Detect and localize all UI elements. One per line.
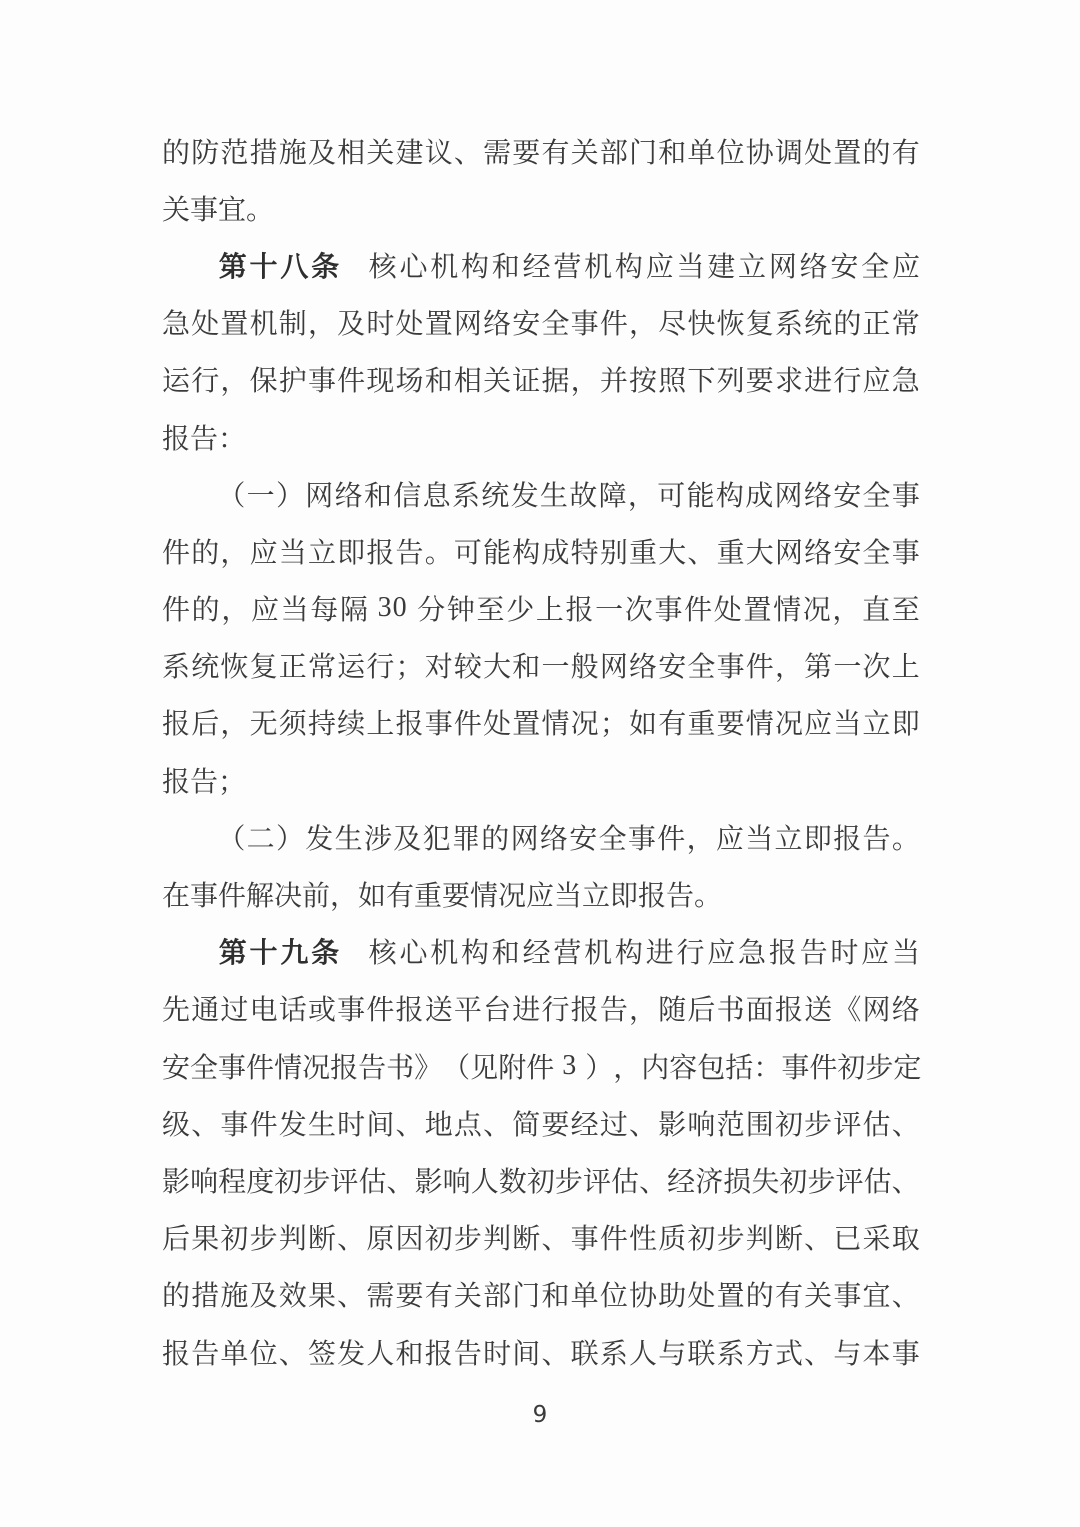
text-char: ， (571, 359, 599, 399)
text-char: 发 (511, 474, 539, 514)
text-char: 事 (337, 988, 365, 1028)
text-char: 二 (247, 817, 275, 857)
text-char: 件 (246, 1046, 274, 1086)
text-char: 单 (687, 131, 715, 171)
text-char: 场 (396, 359, 424, 399)
text-char: 、 (687, 531, 715, 571)
text-line: 运行，保护事件现场和相关证据，并按照下列要求进行应急 (162, 351, 920, 408)
text-char: 和 (396, 1332, 424, 1372)
text-char: 息 (423, 474, 451, 514)
text-char: 统 (481, 474, 509, 514)
text-char: 和 (512, 645, 540, 685)
text-char: 如 (629, 702, 657, 742)
text-char: ， (832, 588, 860, 628)
text-char: 应 (716, 817, 744, 857)
text-char: 件 (657, 817, 685, 857)
text-char: （ (442, 1046, 470, 1086)
text-char: 有 (541, 131, 569, 171)
text-char: 统 (804, 302, 832, 342)
text-char: 估 (611, 1160, 639, 1200)
article-number-char: 十 (250, 245, 278, 285)
text-char: 重 (717, 531, 745, 571)
text-char: 简 (512, 1103, 540, 1143)
text-char: 、 (892, 1160, 920, 1200)
text-char: 情 (773, 588, 801, 628)
text-char: 告 (396, 531, 424, 571)
text-char: 报 (769, 931, 797, 971)
text-char: 人 (366, 1332, 394, 1372)
text-char: 的 (162, 1274, 190, 1314)
text-char: 报 (571, 988, 599, 1028)
text-char: 置 (743, 588, 771, 628)
text-char: 、 (387, 1160, 415, 1200)
text-char: 响 (443, 1160, 471, 1200)
text-char: 安 (833, 474, 861, 514)
line-text: 报告； (162, 760, 246, 800)
text-char: 安 (162, 1046, 190, 1086)
text-char: 时 (830, 931, 858, 971)
text-char: 网 (511, 817, 539, 857)
text-char: 常 (892, 302, 920, 342)
text-char: 直 (862, 588, 890, 628)
text-char: 件 (366, 988, 394, 1028)
text-char: 建 (707, 245, 735, 285)
text-char: 立 (308, 531, 336, 571)
text-char: 已 (833, 1217, 861, 1257)
text-char: 大 (746, 531, 774, 571)
text-char: 协 (629, 1274, 657, 1314)
text-line: 第十九条核心机构和经营机构进行应急报告时应当 (162, 923, 920, 980)
text-char: 次 (863, 645, 891, 685)
text-char: 一 (595, 588, 623, 628)
text-char: 围 (746, 1103, 774, 1143)
text-char: 全 (863, 531, 891, 571)
text-char: ： (753, 1046, 781, 1086)
text-line: 级、事件发生时间、地点、简要经过、影响范围初步评估、 (162, 1094, 920, 1151)
text-char: 的 (863, 131, 891, 171)
text-char: 报 (425, 1332, 453, 1372)
text-char: 件 (809, 1046, 837, 1086)
text-char: 部 (600, 131, 628, 171)
text-char: 相 (337, 131, 365, 171)
text-char: 要 (717, 702, 745, 742)
text-char: 事 (833, 1274, 861, 1314)
text-char: 先 (162, 988, 190, 1028)
text-char: 经 (667, 1160, 695, 1200)
text-char: ， (220, 359, 248, 399)
text-char: 3 (562, 1050, 577, 1082)
text-char: 门 (512, 1274, 540, 1314)
text-char: 需 (483, 131, 511, 171)
text-char: 性 (629, 1217, 657, 1257)
text-char: ） (276, 817, 304, 857)
article-number-char: 九 (280, 931, 308, 971)
text-char: 心 (399, 931, 427, 971)
text-char: 估 (864, 1160, 892, 1200)
text-char: 、 (541, 1217, 569, 1257)
text-char: 至 (892, 588, 920, 628)
text-char: 络 (483, 302, 511, 342)
text-char: 施 (220, 1274, 248, 1314)
text-char: 络 (629, 645, 657, 685)
text-char: 较 (454, 645, 482, 685)
text-char: 影 (658, 1103, 686, 1143)
text-char: 能 (687, 474, 715, 514)
text-char: 正 (279, 645, 307, 685)
text-char: 处 (714, 588, 742, 628)
text-char: 处 (396, 302, 424, 342)
text-char: 因 (396, 1217, 424, 1257)
text-char: 的 (162, 131, 190, 171)
text-char: 报 (330, 1046, 358, 1086)
text-char: 生 (308, 1103, 336, 1143)
text-line: 第十八条核心机构和经营机构应当建立网络安全应 (162, 236, 920, 293)
text-char: 置 (833, 131, 861, 171)
text-char: 、 (454, 131, 482, 171)
text-char: 情 (746, 702, 774, 742)
text-char: 系 (775, 302, 803, 342)
text-char: 级 (162, 1103, 190, 1143)
text-char: 件 (600, 1217, 628, 1257)
text-char: 断 (775, 1217, 803, 1257)
text-char: 、 (892, 1103, 920, 1143)
text-char: 至 (477, 588, 505, 628)
text-char: ） (276, 474, 304, 514)
text-char: 助 (658, 1274, 686, 1314)
text-char: 议 (425, 131, 453, 171)
text-char: 评 (330, 1160, 358, 1200)
text-char: 情 (541, 702, 569, 742)
article-number-char: 第 (219, 931, 247, 971)
text-line: 系统恢复正常运行；对较大和一般网络安全事件，第一次上 (162, 637, 920, 694)
text-char: ， (220, 702, 248, 742)
text-char: 相 (454, 359, 482, 399)
text-char: 送 (804, 988, 832, 1028)
text-char: 要 (541, 1103, 569, 1143)
text-char: 般 (571, 645, 599, 685)
text-char: 。 (892, 817, 920, 857)
text-char: ， (775, 645, 803, 685)
text-char: 电 (250, 988, 278, 1028)
text-char: 经 (571, 1103, 599, 1143)
text-char: ， (628, 474, 656, 514)
text-char: 估 (863, 1103, 891, 1143)
text-char: 况 (803, 588, 831, 628)
text-char: 可 (657, 474, 685, 514)
text-char: 步 (865, 1046, 893, 1086)
text-char: 恢 (717, 302, 745, 342)
text-char: 需 (366, 1274, 394, 1314)
text-char: 每 (310, 588, 338, 628)
text-char: 续 (337, 702, 365, 742)
text-char: 人 (629, 1332, 657, 1372)
text-char: 重 (629, 531, 657, 571)
text-char: 建 (396, 131, 424, 171)
text-char: 须 (279, 702, 307, 742)
text-char: 络 (540, 817, 568, 857)
text-char: 全 (541, 302, 569, 342)
text-char: 失 (751, 1160, 779, 1200)
text-char: 营 (553, 245, 581, 285)
text-char: 、 (396, 1103, 424, 1143)
text-char: 当 (676, 245, 704, 285)
text-char: 安 (512, 302, 540, 342)
text-char: 30 (378, 592, 408, 624)
text-char: 施 (279, 131, 307, 171)
text-char: 事 (892, 474, 920, 514)
text-line: 的防范措施及相关建议、需要有关部门和单位协调处置的有 (162, 122, 920, 179)
text-line: 件的，应当立即报告。可能构成特别重大、重大网络安全事 (162, 522, 920, 579)
text-char: 度 (246, 1160, 274, 1200)
text-char: 及 (250, 1274, 278, 1314)
text-char: 构 (716, 474, 744, 514)
text-char: 现 (366, 359, 394, 399)
text-char: 并 (600, 359, 628, 399)
text-char: 效 (279, 1274, 307, 1314)
text-char: 宜 (863, 1274, 891, 1314)
text-char: 影 (162, 1160, 190, 1200)
text-char: 运 (337, 645, 365, 685)
text-char: 构 (461, 245, 489, 285)
text-char: 件 (526, 1046, 554, 1086)
article-number-char: 八 (280, 245, 308, 285)
text-char: 列 (717, 359, 745, 399)
text-char: 经 (523, 931, 551, 971)
text-char: 行 (366, 645, 394, 685)
text-char: 本 (863, 1332, 891, 1372)
text-char: 有 (658, 702, 686, 742)
document-body: 的防范措施及相关建议、需要有关部门和单位协调处置的有关事宜。第十八条核心机构和经… (162, 122, 920, 1380)
text-char: 后 (687, 988, 715, 1028)
text-char: 响 (190, 1160, 218, 1200)
text-char: 营 (553, 931, 581, 971)
text-char: 全 (863, 474, 891, 514)
text-char: 、 (541, 1332, 569, 1372)
text-char: 报 (566, 588, 594, 628)
text-char: 有 (775, 1274, 803, 1314)
text-char: 网 (775, 474, 803, 514)
text-char: 和 (364, 474, 392, 514)
text-char: 障 (599, 474, 627, 514)
text-char: 范 (717, 1103, 745, 1143)
text-char: 应 (707, 931, 735, 971)
text-char: 取 (892, 1217, 920, 1257)
text-char: 即 (804, 817, 832, 857)
text-char: 步 (302, 1160, 330, 1200)
text-char: 即 (337, 531, 365, 571)
text-char: 事 (781, 1046, 809, 1086)
text-char: 、 (279, 1332, 307, 1372)
document-page: 的防范措施及相关建议、需要有关部门和单位协调处置的有关事宜。第十八条核心机构和经… (0, 0, 1080, 1527)
text-char: 应 (251, 588, 279, 628)
text-char: 即 (892, 702, 920, 742)
text-char: 告 (800, 931, 828, 971)
text-char: 事 (892, 531, 920, 571)
text-char: ， (308, 302, 336, 342)
text-char: 措 (191, 1274, 219, 1314)
text-line: 先通过电话或事件报送平台进行报告，随后书面报送《网络 (162, 980, 920, 1037)
text-char: 恢 (220, 645, 248, 685)
text-char: 评 (583, 1160, 611, 1200)
text-char: 护 (279, 359, 307, 399)
text-char: 初 (837, 1046, 865, 1086)
text-char: 系 (717, 1332, 745, 1372)
text-char: 全 (599, 817, 627, 857)
text-char: 对 (425, 645, 453, 685)
text-char: 后 (191, 702, 219, 742)
text-char: 协 (746, 131, 774, 171)
text-char: 心 (399, 245, 427, 285)
text-char: 和 (492, 245, 520, 285)
text-char: 生 (335, 817, 363, 857)
text-char: 网 (769, 245, 797, 285)
text-char: 事 (628, 817, 656, 857)
text-char: 过 (220, 988, 248, 1028)
text-char: 立 (738, 245, 766, 285)
text-char: 质 (658, 1217, 686, 1257)
text-char: 告 (358, 1046, 386, 1086)
text-line: （二）发生涉及犯罪的网络安全事件，应当立即报告。 (162, 808, 920, 865)
text-char: 及 (393, 817, 421, 857)
text-char: 初 (775, 1103, 803, 1143)
article-number-char: 十 (250, 931, 278, 971)
text-char: 复 (250, 645, 278, 685)
text-char: 罪 (452, 817, 480, 857)
text-char: 络 (800, 245, 828, 285)
text-char: 与 (658, 1332, 686, 1372)
text-char: 涉 (364, 817, 392, 857)
text-char: 容 (669, 1046, 697, 1086)
text-char: 及 (337, 302, 365, 342)
text-char: 报 (366, 531, 394, 571)
text-char: 与 (833, 1332, 861, 1372)
text-char: ， (613, 1046, 641, 1086)
text-char: 持 (308, 702, 336, 742)
text-char: 影 (415, 1160, 443, 1200)
text-line: 安全事件情况报告书》（见附件3），内容包括：事件初步定 (162, 1037, 920, 1094)
text-char: 事 (425, 702, 453, 742)
text-char: 构 (615, 245, 643, 285)
text-char: 无 (250, 702, 278, 742)
text-char: 处 (483, 702, 511, 742)
text-char: 当 (892, 931, 920, 971)
text-char: 关 (804, 1274, 832, 1314)
text-char: 发 (305, 817, 333, 857)
text-char: 有 (892, 131, 920, 171)
text-char: 置 (512, 702, 540, 742)
text-char: 应 (804, 702, 832, 742)
text-char: 》 (414, 1046, 442, 1086)
text-char: 评 (836, 1160, 864, 1200)
text-char: ， (687, 817, 715, 857)
text-char: 判 (746, 1217, 774, 1257)
text-char: 初 (779, 1160, 807, 1200)
text-char: 网 (600, 645, 628, 685)
article-number-char: 条 (311, 931, 339, 971)
text-char: 原 (366, 1217, 394, 1257)
text-char: 人 (471, 1160, 499, 1200)
text-char: 特 (571, 531, 599, 571)
text-char: 机 (430, 931, 458, 971)
page-footer: 9 (0, 1402, 1080, 1428)
text-char: 措 (250, 131, 278, 171)
text-char: 、 (639, 1160, 667, 1200)
text-char: 照 (658, 359, 686, 399)
text-char: 告 (454, 1332, 482, 1372)
text-char: 进 (804, 359, 832, 399)
text-char: 事 (571, 1217, 599, 1257)
text-char: 件 (746, 645, 774, 685)
text-char: 告 (863, 817, 891, 857)
text-char: 应 (250, 531, 278, 571)
text-char: 件 (684, 588, 712, 628)
text-char: ； (600, 702, 628, 742)
text-char: 置 (425, 302, 453, 342)
text-line: （一）网络和信息系统发生故障，可能构成网络安全事 (162, 465, 920, 522)
text-char: 急 (738, 931, 766, 971)
text-char: 构 (615, 931, 643, 971)
text-line: 关事宜。 (162, 179, 920, 236)
text-char: 信 (393, 474, 421, 514)
text-char: 件 (600, 302, 628, 342)
text-char: 签 (308, 1332, 336, 1372)
text-char: 、 (337, 1217, 365, 1257)
text-line: 影响程度初步评估、影响人数初步评估、经济损失初步评估、 (162, 1151, 920, 1208)
text-char: 事 (654, 588, 682, 628)
text-char: 告 (600, 988, 628, 1028)
text-char: 上 (892, 645, 920, 685)
text-char: 、 (629, 1103, 657, 1143)
text-char: 送 (425, 988, 453, 1028)
text-char: 单 (571, 1274, 599, 1314)
text-char: 判 (483, 1217, 511, 1257)
text-char: 正 (863, 302, 891, 342)
text-char: 范 (220, 131, 248, 171)
text-char: 安 (833, 531, 861, 571)
text-char: 报 (775, 988, 803, 1028)
text-char: 程 (218, 1160, 246, 1200)
text-char: 步 (454, 1217, 482, 1257)
text-char: 机 (250, 302, 278, 342)
text-char: 一 (833, 645, 861, 685)
text-char: 包 (697, 1046, 725, 1086)
text-char: 初 (527, 1160, 555, 1200)
text-char: 常 (308, 645, 336, 685)
text-char: 报 (162, 1332, 190, 1372)
text-char: 附 (498, 1046, 526, 1086)
text-char: 时 (366, 302, 394, 342)
text-char: 事 (892, 1332, 920, 1372)
text-char: 系 (452, 474, 480, 514)
text-char: 断 (308, 1217, 336, 1257)
text-char: 构 (512, 531, 540, 571)
text-char: 调 (775, 131, 803, 171)
text-char: 行 (676, 931, 704, 971)
text-char: 方 (746, 1332, 774, 1372)
text-char: 告 (191, 1332, 219, 1372)
text-line: 报告： (162, 408, 920, 465)
text-char: 急 (162, 302, 190, 342)
text-char: 系 (600, 1332, 628, 1372)
text-char: 犯 (423, 817, 451, 857)
text-char: 行 (541, 988, 569, 1028)
text-char: 、 (892, 1274, 920, 1314)
text-char: 关 (366, 131, 394, 171)
text-char: 急 (892, 359, 920, 399)
text-char: 进 (512, 988, 540, 1028)
text-char: 关 (483, 359, 511, 399)
text-char: 核 (369, 245, 397, 285)
